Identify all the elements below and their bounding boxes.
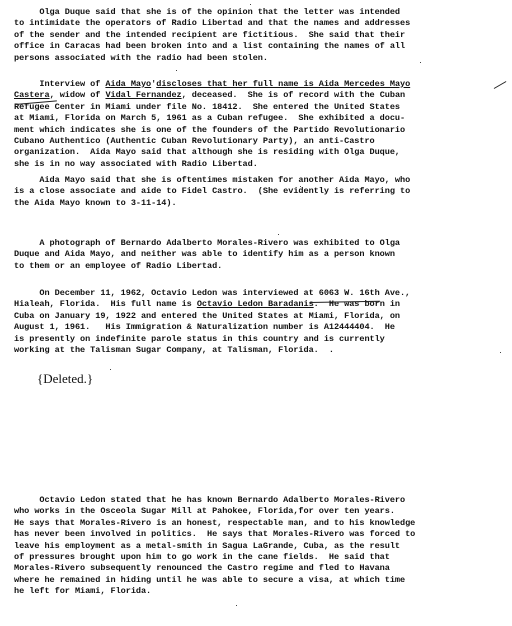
text-segment: Aida Mayo said that she is oftentimes mi… bbox=[14, 175, 410, 185]
text-line: Cuba on January 19, 1922 and entered the… bbox=[14, 311, 506, 322]
text-segment: , widow of bbox=[50, 90, 106, 100]
text-line: has never been involved in politics. He … bbox=[14, 529, 506, 540]
text-segment: He says that Morales-Rivero is an honest… bbox=[14, 518, 415, 528]
text-line: is a close associate and aide to Fidel C… bbox=[14, 186, 506, 197]
underlined-text: discloses that her full name is Aida Mer… bbox=[156, 79, 410, 89]
scan-speck bbox=[278, 234, 279, 235]
text-segment: Morales-Rivero subsequently renounced th… bbox=[14, 563, 390, 573]
text-line: A photograph of Bernardo Adalberto Moral… bbox=[14, 238, 506, 249]
text-line: working at the Talisman Sugar Company, a… bbox=[14, 345, 506, 356]
underlined-text: Aida Mayo bbox=[105, 79, 151, 89]
text-segment: Duque and Aida Mayo, and neither was abl… bbox=[14, 249, 395, 259]
text-line: Refugee Center in Miami under file No. 1… bbox=[14, 102, 506, 113]
paragraph-aida-mayo-interview: Interview of Aida Mayo'discloses that he… bbox=[14, 79, 506, 170]
text-line: where he remained in hiding until he was… bbox=[14, 575, 506, 586]
text-line: Hialeah, Florida. His full name is Octav… bbox=[14, 299, 506, 310]
text-line: the Aida Mayo known to 3-11-14). bbox=[14, 198, 506, 209]
text-segment: is presently on indefinite parole status… bbox=[14, 334, 385, 344]
text-line: he left for Miami, Florida. bbox=[14, 586, 506, 597]
redaction-label: {Deleted.} bbox=[37, 371, 93, 387]
scan-speck bbox=[110, 369, 111, 370]
text-segment: has never been involved in politics. He … bbox=[14, 529, 415, 539]
text-line: leave his employment as a metal-smith in… bbox=[14, 541, 506, 552]
text-line: Castera, widow of Vidal Fernandez, decea… bbox=[14, 90, 506, 101]
text-line: Octavio Ledon stated that he has known B… bbox=[14, 495, 506, 506]
text-segment: leave his employment as a metal-smith in… bbox=[14, 541, 400, 551]
paragraph-octavio-ledon-statement: Octavio Ledon stated that he has known B… bbox=[14, 495, 506, 598]
text-segment: Interview of bbox=[14, 79, 105, 89]
scan-speck bbox=[250, 4, 251, 5]
text-line: she is in no way associated with Radio L… bbox=[14, 159, 506, 170]
text-segment: he left for Miami, Florida. bbox=[14, 586, 151, 596]
document-page: Olga Duque said that she is of the opini… bbox=[0, 0, 512, 626]
text-segment: to intimidate the operators of Radio Lib… bbox=[14, 18, 410, 28]
text-segment: working at the Talisman Sugar Company, a… bbox=[14, 345, 334, 355]
text-line: who works in the Osceola Sugar Mill at P… bbox=[14, 506, 506, 517]
text-segment: , deceased. She is of record with the Cu… bbox=[182, 90, 405, 100]
text-line: ment which indicates she is one of the f… bbox=[14, 125, 506, 136]
text-segment: the Aida Mayo known to 3-11-14). bbox=[14, 198, 177, 208]
scan-speck bbox=[500, 352, 501, 353]
text-line: Aida Mayo said that she is oftentimes mi… bbox=[14, 175, 506, 186]
paragraph-aida-mayo-mistaken: Aida Mayo said that she is oftentimes mi… bbox=[14, 175, 506, 209]
scan-speck bbox=[176, 70, 177, 71]
text-segment: to them or an employee of Radio Libertad… bbox=[14, 261, 222, 271]
text-line: organization. Aida Mayo said that althou… bbox=[14, 147, 506, 158]
text-segment: office in Caracas had been broken into a… bbox=[14, 41, 405, 51]
text-line: office in Caracas had been broken into a… bbox=[14, 41, 506, 52]
text-line: at Miami, Florida on March 5, 1961 as a … bbox=[14, 113, 506, 124]
text-segment: at Miami, Florida on March 5, 1961 as a … bbox=[14, 113, 405, 123]
text-segment: organization. Aida Mayo said that althou… bbox=[14, 147, 400, 157]
underlined-text: Vidal Fernandez bbox=[105, 90, 181, 100]
text-line: Morales-Rivero subsequently renounced th… bbox=[14, 563, 506, 574]
text-line: of pressures brought upon him to go work… bbox=[14, 552, 506, 563]
text-segment: August 1, 1961. His Immigration & Natura… bbox=[14, 322, 395, 332]
text-line: to them or an employee of Radio Libertad… bbox=[14, 261, 506, 272]
text-segment: she is in no way associated with Radio L… bbox=[14, 159, 258, 169]
text-line: Cubano Authentico (Authentic Cuban Revol… bbox=[14, 136, 506, 147]
text-segment: where he remained in hiding until he was… bbox=[14, 575, 405, 585]
paragraph-photograph-morales-rivero: A photograph of Bernardo Adalberto Moral… bbox=[14, 238, 506, 272]
text-segment: A photograph of Bernardo Adalberto Moral… bbox=[14, 238, 400, 248]
text-segment: persons associated with the radio had be… bbox=[14, 53, 268, 63]
text-segment: ment which indicates she is one of the f… bbox=[14, 125, 405, 135]
text-segment: Cubano Authentico (Authentic Cuban Revol… bbox=[14, 136, 375, 146]
text-line: He says that Morales-Rivero is an honest… bbox=[14, 518, 506, 529]
text-line: persons associated with the radio had be… bbox=[14, 53, 506, 64]
text-segment: Hialeah, Florida. His full name is bbox=[14, 299, 197, 309]
text-line: Duque and Aida Mayo, and neither was abl… bbox=[14, 249, 506, 260]
text-segment: is a close associate and aide to Fidel C… bbox=[14, 186, 410, 196]
text-line: of the sender and the intended recipient… bbox=[14, 30, 506, 41]
text-line: August 1, 1961. His Immigration & Natura… bbox=[14, 322, 506, 333]
text-segment: Olga Duque said that she is of the opini… bbox=[14, 7, 400, 17]
scan-speck bbox=[236, 605, 237, 606]
text-segment: Cuba on January 19, 1922 and entered the… bbox=[14, 311, 400, 321]
text-line: is presently on indefinite parole status… bbox=[14, 334, 506, 345]
text-segment: On December 11, 1962, Octavio Ledon was … bbox=[14, 288, 410, 298]
text-segment: Refugee Center in Miami under file No. 1… bbox=[14, 102, 400, 112]
text-line: Interview of Aida Mayo'discloses that he… bbox=[14, 79, 506, 90]
text-line: to intimidate the operators of Radio Lib… bbox=[14, 18, 506, 29]
text-segment: Octavio Ledon stated that he has known B… bbox=[14, 495, 405, 505]
underlined-text: Castera bbox=[14, 90, 50, 100]
text-line: On December 11, 1962, Octavio Ledon was … bbox=[14, 288, 506, 299]
scan-speck bbox=[300, 186, 301, 187]
text-segment: of the sender and the intended recipient… bbox=[14, 30, 405, 40]
scan-speck bbox=[420, 62, 421, 63]
text-segment: of pressures brought upon him to go work… bbox=[14, 552, 390, 562]
text-line: Olga Duque said that she is of the opini… bbox=[14, 7, 506, 18]
text-segment: who works in the Osceola Sugar Mill at P… bbox=[14, 506, 395, 516]
paragraph-octavio-ledon-interview: On December 11, 1962, Octavio Ledon was … bbox=[14, 288, 506, 356]
underlined-text: Octavio Ledon Baradanis bbox=[197, 299, 314, 309]
paragraph-olga-duque-opinion: Olga Duque said that she is of the opini… bbox=[14, 7, 506, 64]
